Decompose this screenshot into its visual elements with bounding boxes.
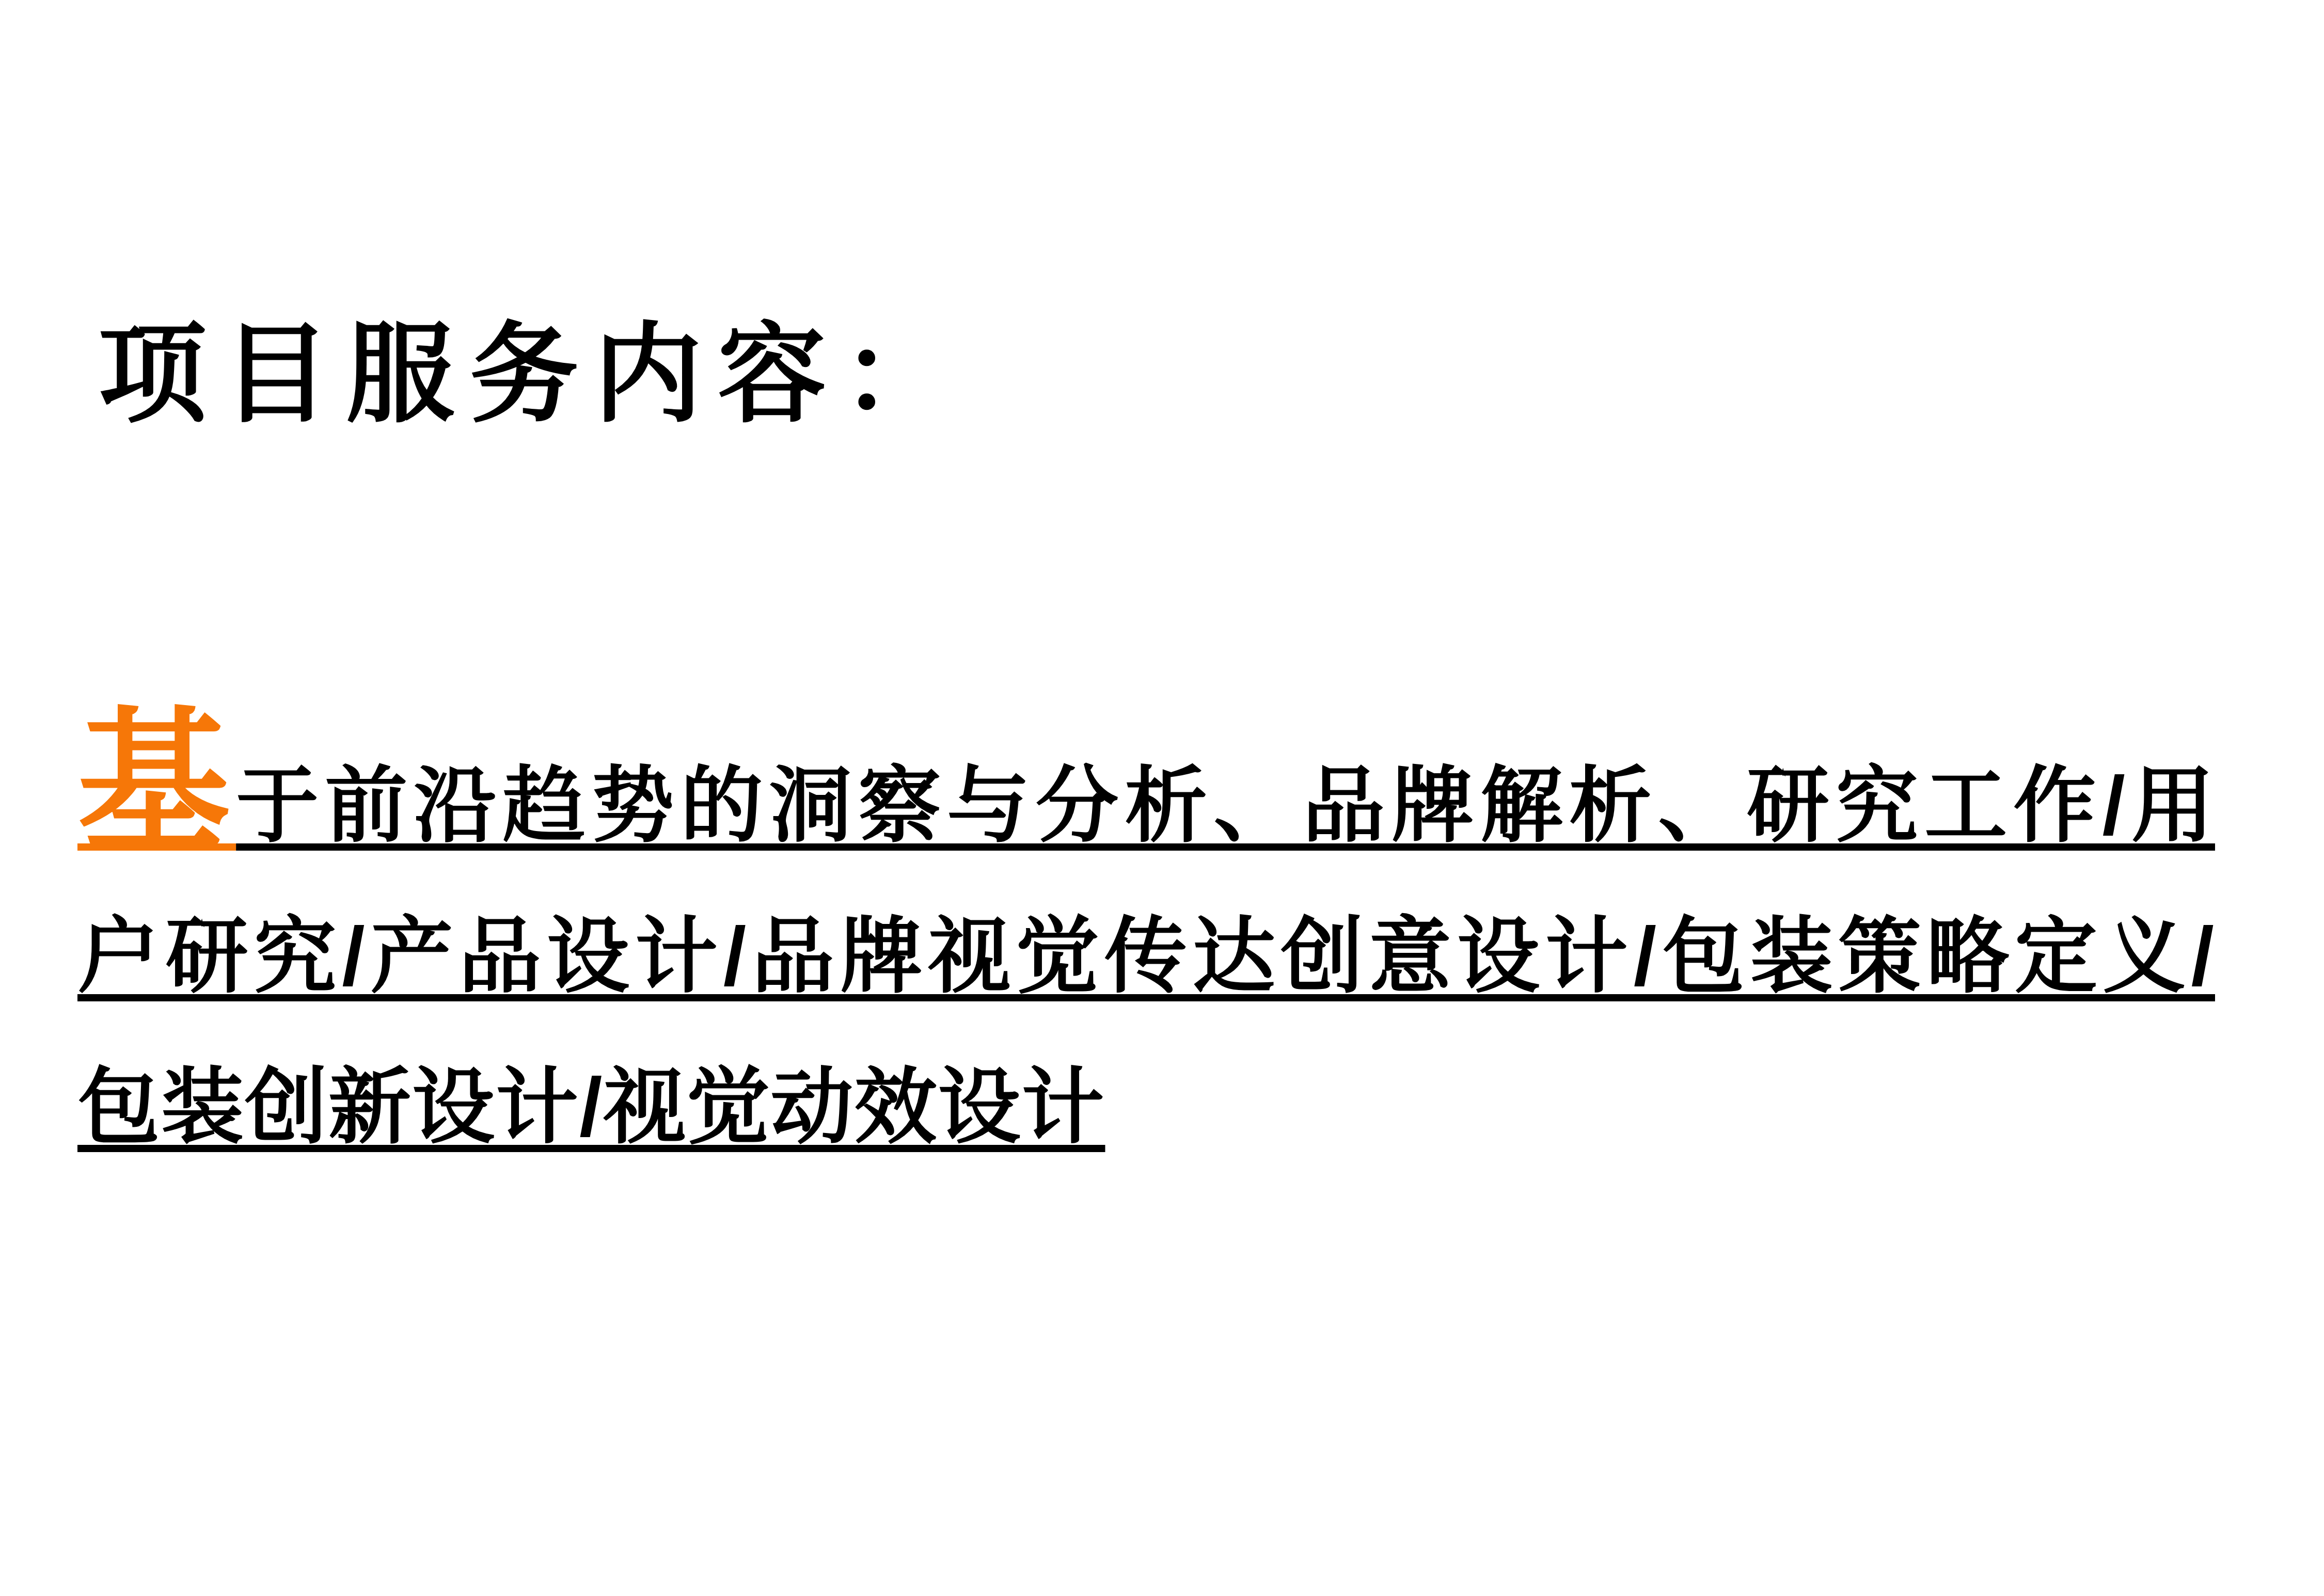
- paragraph-line-1: 基于前沿趋势的洞察与分析、品牌解析、研究工作/用: [77, 730, 2215, 881]
- paragraph-line-1-text: 于前沿趋势的洞察与分析、品牌解析、研究工作/用: [236, 759, 2215, 852]
- paragraph-line-3: 包装创新设计/视觉动效设计: [77, 1032, 2215, 1183]
- paragraph-line-2: 户研究/产品设计/品牌视觉传达创意设计/包装策略定义/: [77, 881, 2215, 1032]
- paragraph-line-3-text: 包装创新设计/视觉动效设计: [77, 1061, 1105, 1153]
- slide-page: 项目服务内容： 基于前沿趋势的洞察与分析、品牌解析、研究工作/用 户研究/产品设…: [0, 0, 2324, 1596]
- dropcap-character: 基: [77, 696, 236, 867]
- page-title: 项目服务内容：: [98, 310, 966, 440]
- paragraph-line-2-text: 户研究/产品设计/品牌视觉传达创意设计/包装策略定义/: [77, 910, 2215, 1002]
- service-description: 基于前沿趋势的洞察与分析、品牌解析、研究工作/用 户研究/产品设计/品牌视觉传达…: [77, 730, 2215, 1183]
